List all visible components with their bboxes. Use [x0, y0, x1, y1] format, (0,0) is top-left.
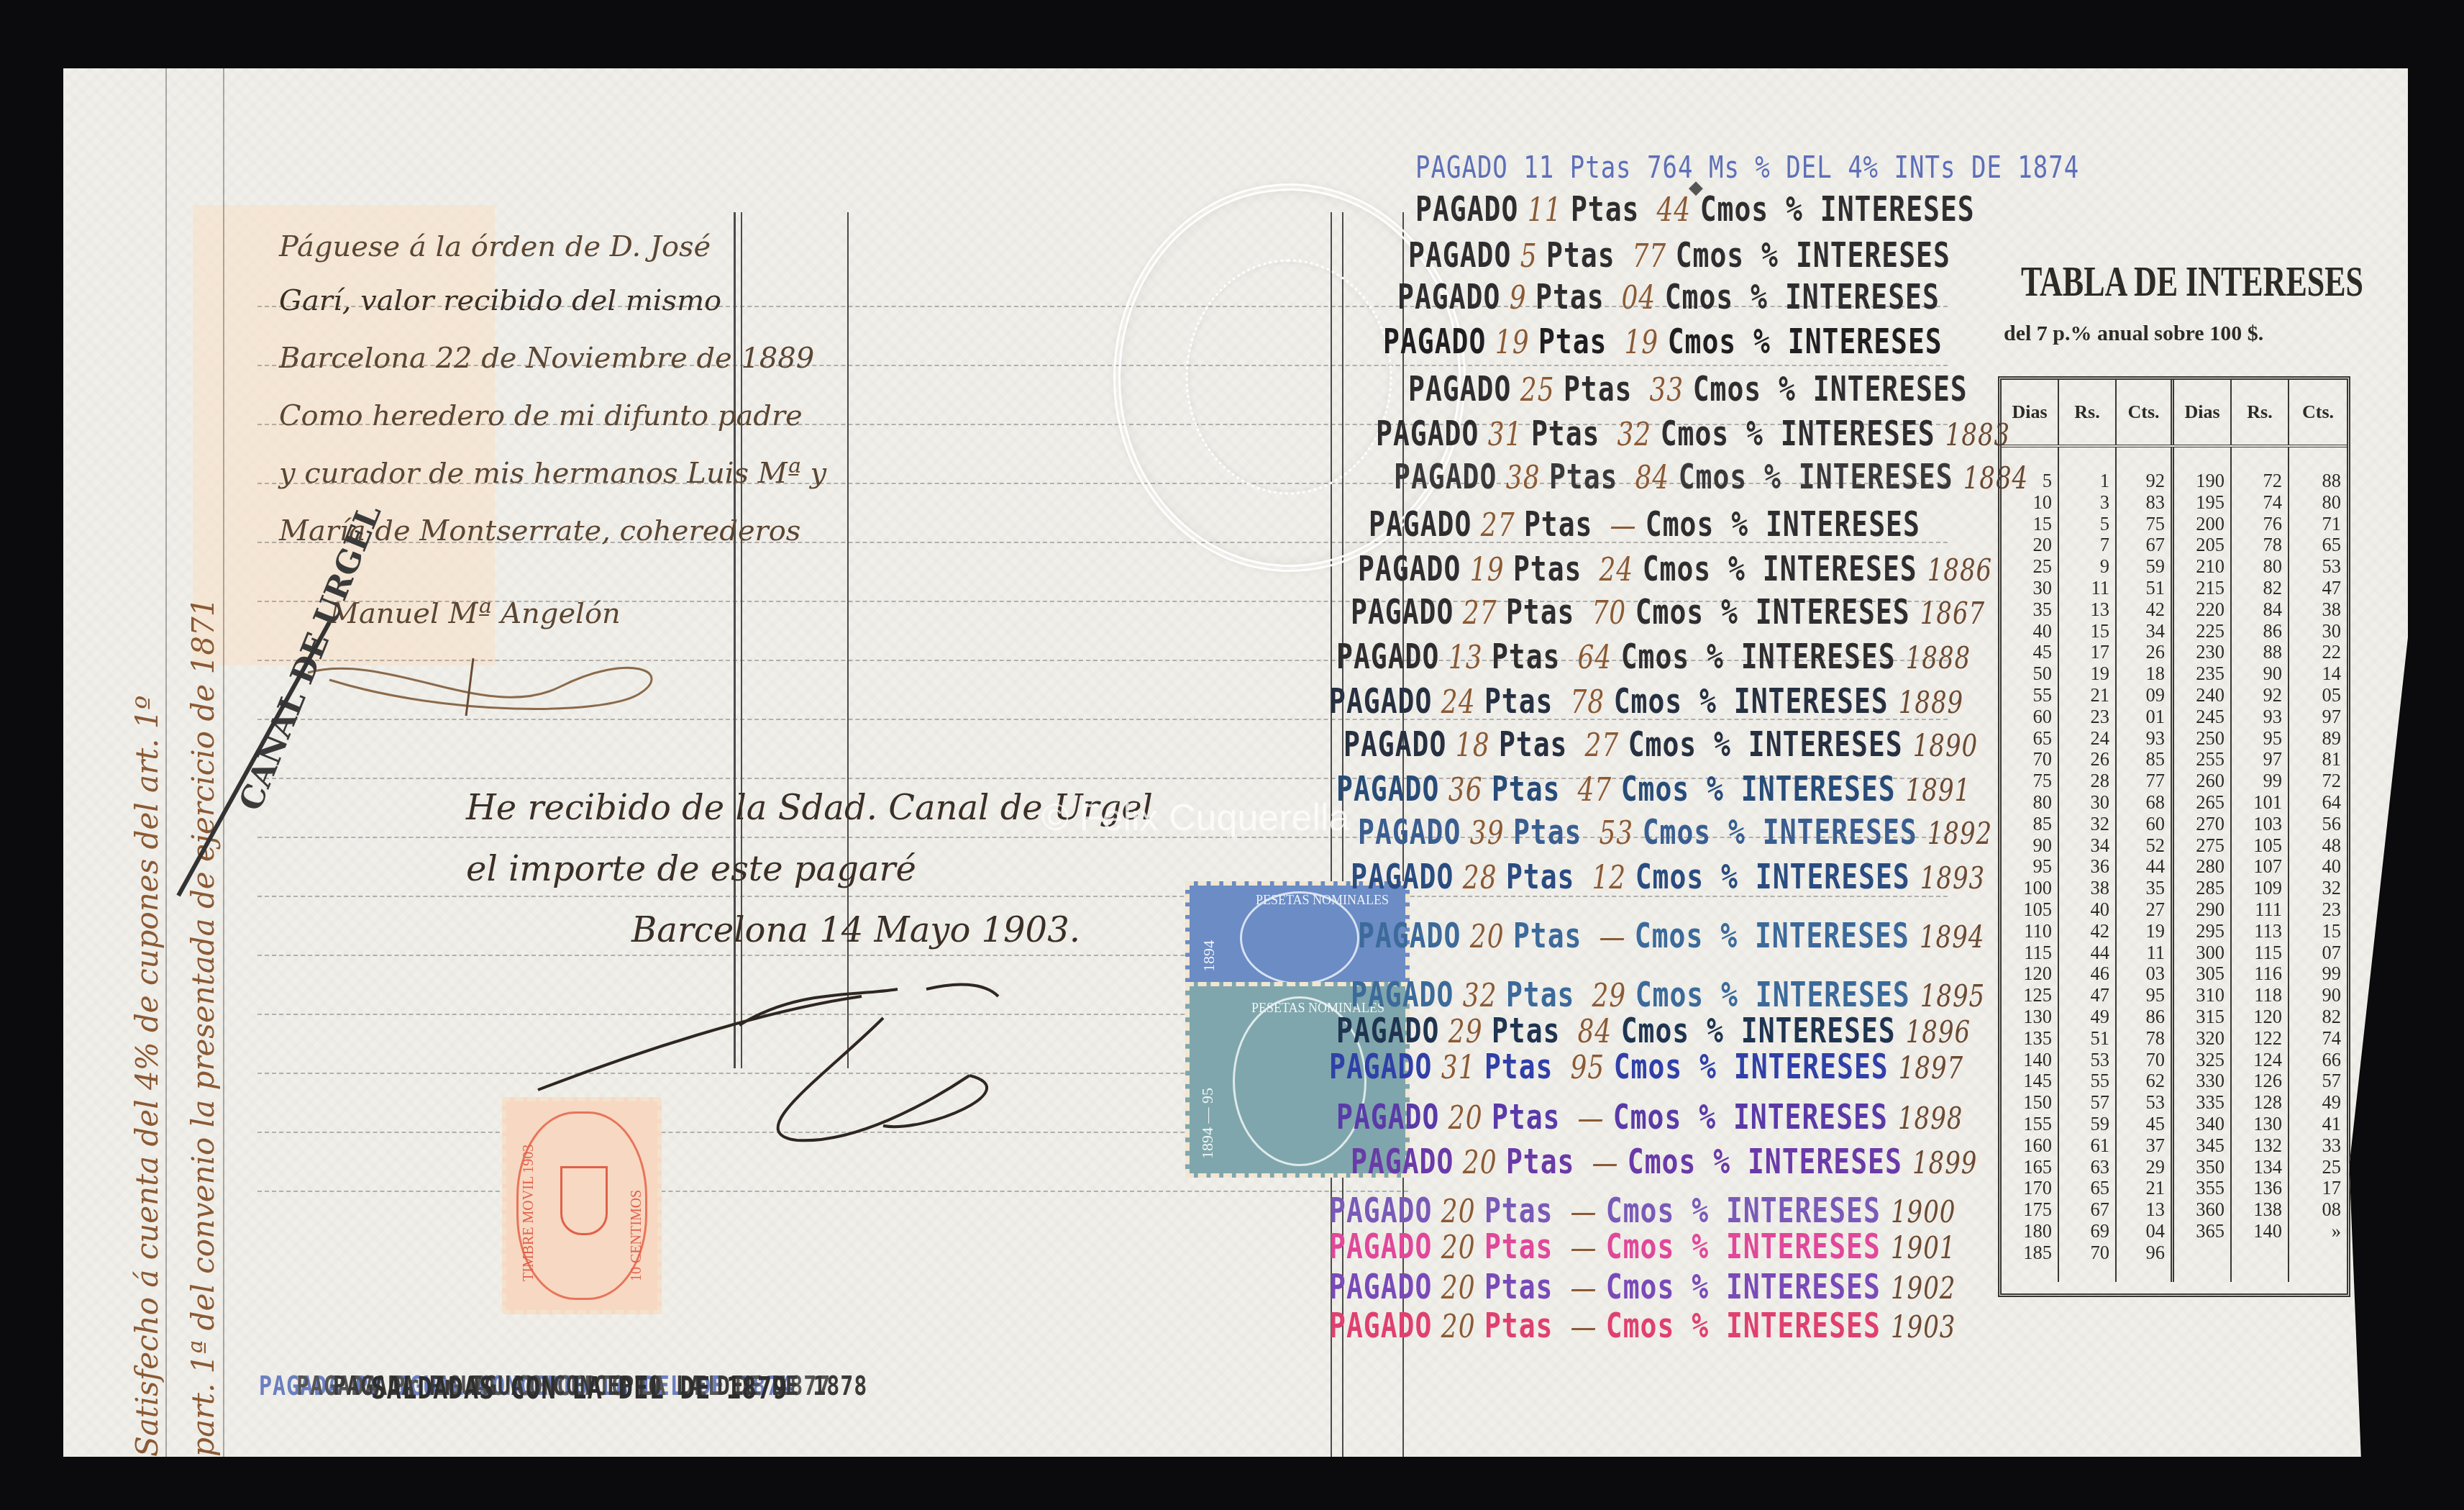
stamp-year: 1901: [1891, 1230, 1956, 1266]
header-dias: Dias: [2174, 380, 2232, 445]
stamp-centimos-amount: 04: [1621, 280, 1664, 317]
table-cell: 37: [2117, 1135, 2165, 1157]
payment-stamp-row: PAGADO 28 Ptas 12 Cmos % INTERESES1893: [1351, 857, 1985, 896]
table-cell: 27: [2117, 899, 2165, 921]
stamp-centimos-amount: 95: [1570, 1050, 1613, 1086]
stamp-ptas-label: Ptas: [1524, 504, 1610, 544]
table-cell: 195: [2174, 492, 2225, 514]
table-cell: 80: [2232, 556, 2282, 578]
table-cell: 84: [2232, 599, 2282, 621]
table-cell: 325: [2174, 1050, 2225, 1071]
table-cell: 82: [2289, 1006, 2341, 1028]
stamp-centimos-amount: 24: [1599, 552, 1642, 588]
stamp-pesetas-amount: 20: [1461, 919, 1513, 955]
stamp-intereses-label: Cmos % INTERESES: [1606, 1191, 1881, 1230]
table-cell: 62: [2117, 1070, 2165, 1092]
stamp-pagado-label: PAGADO: [1358, 812, 1461, 852]
table-cell: 270: [2174, 814, 2225, 835]
table-cell: 49: [2289, 1092, 2341, 1114]
table-cell: 285: [2174, 878, 2225, 899]
table-cell: 86: [2117, 1006, 2165, 1028]
table-cell: 103: [2232, 814, 2282, 835]
stamp-ptas-label: Ptas: [1506, 1142, 1592, 1181]
table-cell: 35: [2117, 878, 2165, 899]
table-cell: 26: [2059, 749, 2109, 770]
table-cell: 126: [2232, 1070, 2282, 1092]
table-cell: 125: [2002, 985, 2052, 1006]
table-cell: 35: [2002, 599, 2052, 621]
stamp-intereses-label: Cmos % INTERESES: [1606, 1227, 1881, 1266]
table-cell: 122: [2232, 1028, 2282, 1050]
interest-table-title: TABLA DE INTERESES: [2021, 257, 2363, 306]
stamp-ptas-label: Ptas: [1538, 322, 1624, 361]
table-cell: 5: [2002, 470, 2052, 492]
stamp-pesetas-amount: 38: [1497, 460, 1549, 496]
endorsement-line: Páguese á la órden de D. José: [279, 230, 711, 263]
stamp-year: 1899: [1912, 1145, 1978, 1181]
table-cell: 101: [2232, 792, 2282, 814]
stamp-centimos-amount: 84: [1577, 1014, 1620, 1050]
table-cell: 90: [2002, 835, 2052, 857]
table-cell: 60: [2117, 814, 2165, 835]
table-cell: 105: [2232, 835, 2282, 857]
table-cell: 275: [2174, 835, 2225, 857]
table-cell: 77: [2117, 770, 2165, 792]
stamp-ptas-label: Ptas: [1484, 1306, 1570, 1345]
stamp-year: 1894: [1920, 919, 1985, 955]
stamp-pesetas-amount: 36: [1439, 772, 1492, 809]
table-cell: 63: [2059, 1157, 2109, 1178]
table-cell: 165: [2002, 1157, 2052, 1178]
table-cell: 110: [2002, 921, 2052, 942]
timbre-value-text: 10 CENTIMOS: [629, 1190, 645, 1281]
stamp-centimos-amount: 29: [1592, 978, 1635, 1014]
stamp-pesetas-amount: 24: [1432, 684, 1484, 721]
stamp-intereses-label: Cmos % INTERESES: [1621, 637, 1896, 676]
stamp-centimos-amount: —: [1570, 1270, 1605, 1306]
receipt-date: Barcelona 14 Mayo 1903.: [631, 910, 1080, 950]
payment-stamp-row: PAGADO 20 Ptas — Cmos % INTERESES1903: [1329, 1306, 1956, 1345]
stamp-year: 1867: [1920, 596, 1986, 632]
stamp-centimos-amount: 53: [1599, 815, 1642, 852]
stamp-pesetas-amount: 39: [1461, 815, 1513, 852]
payment-stamp-row: PAGADO 19 Ptas 24 Cmos % INTERESES1886: [1358, 549, 1992, 588]
table-cell: 47: [2289, 578, 2341, 599]
table-cell: 1: [2059, 470, 2109, 492]
header-rs: Rs.: [2059, 380, 2117, 445]
column-left-cts: 9283756759514234261809019385776860524435…: [2117, 447, 2174, 1282]
stamp-centimos-amount: —: [1592, 1145, 1627, 1181]
stamp-ptas-label: Ptas: [1571, 189, 1656, 229]
signature-flourish: [301, 644, 675, 723]
stamp-pagado-label: PAGADO: [1343, 724, 1446, 764]
stamp-pesetas-amount: 19: [1461, 552, 1513, 588]
interest-table-body: 5101520253035404550556065707580859095100…: [2002, 447, 2347, 1282]
stamp-pesetas-amount: 20: [1439, 1100, 1492, 1137]
payment-stamp-row: PAGADO 27 Ptas — Cmos % INTERESES: [1369, 504, 1920, 544]
column-right-dias: 1901952002052102152202252302352402452502…: [2174, 447, 2232, 1282]
cancel-stroke: [171, 615, 344, 903]
payment-stamp-row: PAGADO 32 Ptas 29 Cmos % INTERESES1895: [1351, 975, 1985, 1014]
table-cell: 57: [2289, 1070, 2341, 1092]
payment-stamp-row: PAGADO 24 Ptas 78 Cmos % INTERESES1889: [1329, 681, 1963, 721]
table-cell: 330: [2174, 1070, 2225, 1092]
table-cell: 350: [2174, 1157, 2225, 1178]
table-cell: 170: [2002, 1178, 2052, 1199]
stamp-centimos-amount: 78: [1570, 684, 1613, 721]
stamp-pagado-label: PAGADO: [1358, 549, 1461, 588]
payment-stamp-row: PAGADO 5 Ptas 77 Cmos % INTERESES: [1408, 235, 1950, 275]
stamp-pesetas-amount: 20: [1454, 1145, 1506, 1181]
table-cell: 13: [2117, 1199, 2165, 1221]
table-cell: 93: [2232, 706, 2282, 728]
stamp-intereses-label: Cmos % INTERESES: [1679, 457, 1953, 496]
table-cell: 28: [2059, 770, 2109, 792]
table-cell: 67: [2117, 535, 2165, 556]
table-cell: 56: [2289, 814, 2341, 835]
stamp-centimos-amount: 70: [1592, 595, 1635, 632]
table-cell: 81: [2289, 749, 2341, 770]
table-cell: 15: [2289, 921, 2341, 942]
stamp-intereses-label: Cmos % INTERESES: [1693, 369, 1968, 409]
stamp-pagado-label: PAGADO: [1408, 235, 1511, 275]
table-cell: 128: [2232, 1092, 2282, 1114]
stamp-centimos-amount: —: [1599, 919, 1634, 955]
table-cell: 118: [2232, 985, 2282, 1006]
stamp-year: 1889: [1899, 685, 1964, 721]
payment-stamp-row: PAGADO 20 Ptas — Cmos % INTERESES1898: [1336, 1097, 1963, 1137]
table-cell: 20: [2002, 535, 2052, 556]
table-cell: 69: [2059, 1221, 2109, 1242]
table-cell: 40: [2002, 621, 2052, 642]
table-cell: 215: [2174, 578, 2225, 599]
table-cell: 75: [2117, 514, 2165, 535]
stamp-centimos-amount: 19: [1624, 324, 1667, 361]
stamp-year: 1896: [1906, 1014, 1971, 1050]
table-cell: 26: [2117, 642, 2165, 663]
stamp-pesetas-amount: 31: [1432, 1050, 1484, 1086]
copyright-watermark: © Félix Cuquerella: [1041, 796, 1350, 840]
payment-stamp-row: PAGADO 19 Ptas 19 Cmos % INTERESES: [1383, 322, 1943, 361]
table-cell: 95: [2002, 856, 2052, 878]
stamp-pesetas-amount: 31: [1479, 417, 1531, 453]
stamp-ptas-label: Ptas: [1564, 369, 1649, 409]
payment-stamp-row: PAGADO 20 Ptas — Cmos % INTERESES1901: [1329, 1227, 1956, 1266]
table-cell: 42: [2117, 599, 2165, 621]
table-cell: 78: [2117, 1028, 2165, 1050]
stamp-pagado-label: PAGADO: [1415, 189, 1518, 229]
table-cell: 15: [2002, 514, 2052, 535]
table-cell: 15: [2059, 621, 2109, 642]
stamp-centimos-amount: 33: [1649, 372, 1692, 409]
table-cell: 72: [2289, 770, 2341, 792]
column-right-cts: 8880716553473830221405978981726456484032…: [2289, 447, 2347, 1282]
stamp-ptas-label: Ptas: [1492, 1011, 1577, 1050]
table-cell: 59: [2059, 1114, 2109, 1135]
payment-stamp-row: PAGADO 20 Ptas — Cmos % INTERESES1894: [1358, 916, 1984, 955]
stamp-ptas-label: Ptas: [1536, 277, 1621, 317]
table-cell: 74: [2232, 492, 2282, 514]
stamp-year: 1886: [1927, 552, 1993, 588]
payment-stamp-row: PAGADO 18 Ptas 27 Cmos % INTERESES1890: [1343, 724, 1978, 764]
endorsement-line: Como heredero de mi difunto padre: [279, 399, 803, 432]
payment-stamp-row: PAGADO 20 Ptas — Cmos % INTERESES1900: [1329, 1191, 1956, 1230]
stamp-ptas-label: Ptas: [1513, 549, 1599, 588]
header-dias: Dias: [2002, 380, 2059, 445]
stamp-intereses-label: Cmos % INTERESES: [1676, 235, 1950, 275]
payment-stamp-row: PAGADO 25 Ptas 33 Cmos % INTERESES: [1408, 369, 1968, 409]
table-cell: 92: [2117, 470, 2165, 492]
stamp-year: 1892: [1927, 816, 1993, 852]
table-cell: 48: [2289, 835, 2341, 857]
stamp-pagado-label: PAGADO: [1397, 277, 1500, 317]
table-cell: 60: [2002, 706, 2052, 728]
table-cell: 200: [2174, 514, 2225, 535]
table-cell: 76: [2232, 514, 2282, 535]
stamp-intereses-label: Cmos % INTERESES: [1635, 592, 1910, 632]
stamp-pagado-label: PAGADO: [1408, 369, 1511, 409]
table-cell: 09: [2117, 685, 2165, 706]
column-right-rs: 7274767880828486889092939597991011031051…: [2232, 447, 2289, 1282]
table-cell: 145: [2002, 1070, 2052, 1092]
stamp-pesetas-amount: 25: [1511, 372, 1564, 409]
table-cell: 34: [2059, 835, 2109, 857]
table-cell: 335: [2174, 1092, 2225, 1114]
stamp-year: 1895: [1920, 978, 1986, 1014]
table-cell: 08: [2289, 1199, 2341, 1221]
stamp-centimos-amount: 32: [1617, 417, 1660, 453]
table-cell: 86: [2232, 621, 2282, 642]
table-cell: 160: [2002, 1135, 2052, 1157]
table-cell: 99: [2289, 963, 2341, 985]
table-cell: 59: [2117, 556, 2165, 578]
stamp-pagado-label: PAGADO: [1336, 1011, 1439, 1050]
table-cell: 230: [2174, 642, 2225, 663]
table-cell: 67: [2059, 1199, 2109, 1221]
payment-stamp-row: PAGADO 31 Ptas 95 Cmos % INTERESES1897: [1329, 1047, 1963, 1086]
payment-stamp-row: PAGADO 11 Ptas 44 Cmos % INTERESES: [1415, 189, 1975, 229]
margin-note-line: Satisfecho á cuenta del 4% de cupones de…: [129, 696, 165, 1457]
table-cell: 150: [2002, 1092, 2052, 1114]
table-cell: 55: [2002, 685, 2052, 706]
table-cell: 88: [2232, 642, 2282, 663]
table-cell: 51: [2117, 578, 2165, 599]
table-cell: 29: [2117, 1157, 2165, 1178]
stamp-pagado-label: PAGADO: [1351, 1142, 1454, 1181]
table-cell: 305: [2174, 963, 2225, 985]
table-cell: 88: [2289, 470, 2341, 492]
table-cell: 52: [2117, 835, 2165, 857]
table-cell: 310: [2174, 985, 2225, 1006]
stamp-ptas-label: Ptas: [1546, 235, 1632, 275]
table-cell: 23: [2289, 899, 2341, 921]
table-cell: 90: [2232, 663, 2282, 685]
payment-stamp-row: PAGADO 20 Ptas — Cmos % INTERESES1902: [1329, 1267, 1956, 1306]
stamp-pesetas-amount: 27: [1471, 507, 1524, 544]
table-cell: 33: [2289, 1135, 2341, 1157]
table-cell: 50: [2002, 663, 2052, 685]
table-cell: 115: [2002, 942, 2052, 964]
stamp-pesetas-amount: 29: [1439, 1014, 1492, 1050]
table-cell: 100: [2002, 878, 2052, 899]
endorsement-line: Barcelona 22 de Noviembre de 1889: [279, 342, 814, 375]
table-cell: 140: [2232, 1221, 2282, 1242]
interest-table-header: Dias Rs. Cts. Dias Rs. Cts.: [2002, 380, 2347, 447]
table-cell: 18: [2117, 663, 2165, 685]
stamp-intereses-label: Cmos % INTERESES: [1628, 1142, 1902, 1181]
stamp-pesetas-amount: 32: [1454, 978, 1506, 1014]
table-cell: 70: [2002, 749, 2052, 770]
table-cell: 205: [2174, 535, 2225, 556]
endorser-signature: Manuel Mª Angelón: [329, 597, 621, 630]
stamp-pesetas-amount: 5: [1511, 238, 1546, 275]
table-cell: 245: [2174, 706, 2225, 728]
stamp-pagado-label: PAGADO: [1351, 857, 1454, 896]
table-cell: 320: [2174, 1028, 2225, 1050]
table-cell: 17: [2059, 642, 2109, 663]
stamp-pesetas-amount: 20: [1432, 1193, 1484, 1230]
table-cell: 65: [2002, 728, 2052, 750]
margin-rule: [165, 68, 167, 1457]
table-cell: 70: [2117, 1050, 2165, 1071]
interest-table-subtitle: del 7 p.% anual sobre 100 $.: [2004, 322, 2263, 346]
stamp-pagado-label: PAGADO: [1336, 637, 1439, 676]
table-cell: 95: [2117, 985, 2165, 1006]
stamp-centimos-amount: 12: [1592, 860, 1635, 896]
table-cell: 116: [2232, 963, 2282, 985]
table-cell: 265: [2174, 792, 2225, 814]
nominales-years: 1894: [1200, 940, 1218, 972]
table-cell: 175: [2002, 1199, 2052, 1221]
stamp-centimos-amount: —: [1610, 507, 1645, 544]
stamp-ptas-label: Ptas: [1513, 916, 1599, 955]
stamp-intereses-label: Cmos % INTERESES: [1621, 1011, 1896, 1050]
stamp-pagado-label: PAGADO: [1351, 975, 1454, 1014]
table-cell: »: [2289, 1221, 2341, 1242]
table-cell: 82: [2232, 578, 2282, 599]
table-cell: 46: [2059, 963, 2109, 985]
stamp-year: 1893: [1920, 860, 1986, 896]
table-cell: 23: [2059, 706, 2109, 728]
table-cell: 109: [2232, 878, 2282, 899]
header-rs: Rs.: [2232, 380, 2289, 445]
table-cell: 85: [2002, 814, 2052, 835]
table-cell: 255: [2174, 749, 2225, 770]
table-cell: 220: [2174, 599, 2225, 621]
table-cell: 130: [2232, 1114, 2282, 1135]
table-cell: 55: [2059, 1070, 2109, 1092]
stamp-centimos-amount: —: [1570, 1309, 1605, 1345]
stamp-pesetas-amount: 9: [1500, 280, 1536, 317]
stamp-pesetas-amount: 18: [1446, 727, 1499, 764]
table-cell: 38: [2289, 599, 2341, 621]
table-cell: 38: [2059, 878, 2109, 899]
stamp-year: 1897: [1899, 1050, 1964, 1086]
stamp-ptas-label: Ptas: [1506, 592, 1592, 632]
table-cell: 9: [2059, 556, 2109, 578]
table-cell: 83: [2117, 492, 2165, 514]
table-cell: 96: [2117, 1242, 2165, 1264]
stamp-pagado-label: PAGADO: [1329, 1191, 1432, 1230]
table-cell: 78: [2232, 535, 2282, 556]
table-cell: 75: [2002, 770, 2052, 792]
table-cell: 40: [2289, 856, 2341, 878]
table-cell: 300: [2174, 942, 2225, 964]
table-cell: 21: [2059, 685, 2109, 706]
table-cell: 97: [2289, 706, 2341, 728]
table-cell: 290: [2174, 899, 2225, 921]
table-cell: 45: [2002, 642, 2052, 663]
table-cell: 360: [2174, 1199, 2225, 1221]
stamp-ptas-label: Ptas: [1506, 975, 1592, 1014]
stamp-year: 1891: [1906, 773, 1971, 809]
table-cell: 11: [2117, 942, 2165, 964]
stamp-centimos-amount: —: [1570, 1229, 1605, 1266]
table-cell: 135: [2002, 1028, 2052, 1050]
table-cell: 5: [2059, 514, 2109, 535]
table-cell: 240: [2174, 685, 2225, 706]
table-cell: 19: [2117, 921, 2165, 942]
stamp-ptas-label: Ptas: [1499, 724, 1584, 764]
stamp-centimos-amount: 27: [1584, 727, 1628, 764]
payment-stamp-row: PAGADO 38 Ptas 84 Cmos % INTERESES1884: [1394, 457, 2028, 496]
stamp-year: 1888: [1906, 640, 1971, 676]
table-cell: 89: [2289, 728, 2341, 750]
table-cell: 97: [2232, 749, 2282, 770]
stamp-pagado-label: PAGADO: [1394, 457, 1497, 496]
table-cell: 134: [2232, 1157, 2282, 1178]
timbre-movil-stamp: TIMBRE MOVIL 1903 10 CENTIMOS: [502, 1097, 662, 1314]
stamp-pesetas-amount: 13: [1439, 640, 1492, 676]
stamp-intereses-label: Cmos % INTERESES: [1606, 1306, 1881, 1345]
table-cell: 107: [2232, 856, 2282, 878]
table-cell: 34: [2117, 621, 2165, 642]
stamp-ptas-label: Ptas: [1513, 812, 1599, 852]
stamp-pagado-label: PAGADO: [1358, 916, 1461, 955]
table-cell: 340: [2174, 1114, 2225, 1135]
stamp-intereses-label: Cmos % INTERESES: [1606, 1267, 1881, 1306]
table-cell: 44: [2117, 856, 2165, 878]
stamp-pagado-label: PAGADO: [1329, 1227, 1432, 1266]
table-cell: 30: [2289, 621, 2341, 642]
stamp-intereses-label: Cmos % INTERESES: [1665, 277, 1940, 317]
table-cell: 105: [2002, 899, 2052, 921]
table-cell: 130: [2002, 1006, 2052, 1028]
table-cell: 111: [2232, 899, 2282, 921]
table-cell: 190: [2174, 470, 2225, 492]
table-cell: 7: [2059, 535, 2109, 556]
stamp-intereses-label: Cmos % INTERESES: [1621, 769, 1896, 809]
stamp-pesetas-amount: 28: [1454, 860, 1506, 896]
interest-table: Dias Rs. Cts. Dias Rs. Cts. 510152025303…: [1998, 376, 2350, 1297]
table-cell: 99: [2232, 770, 2282, 792]
table-cell: 10: [2002, 492, 2052, 514]
table-cell: 132: [2232, 1135, 2282, 1157]
stamp-centimos-amount: 47: [1577, 772, 1620, 809]
stamp-intereses-label: Cmos % INTERESES: [1700, 189, 1975, 229]
stamp-intereses-label: Cmos % INTERESES: [1614, 1047, 1889, 1086]
column-left-rs: 1357911131517192123242628303234363840424…: [2059, 447, 2117, 1282]
table-cell: 44: [2059, 942, 2109, 964]
table-cell: 345: [2174, 1135, 2225, 1157]
stamp-centimos-amount: —: [1577, 1100, 1612, 1137]
table-cell: 22: [2289, 642, 2341, 663]
table-cell: 24: [2059, 728, 2109, 750]
stamp-intereses-label: Cmos % INTERESES: [1646, 504, 1920, 544]
stamp-intereses-label: Cmos % INTERESES: [1643, 549, 1917, 588]
table-cell: 66: [2289, 1050, 2341, 1071]
stamp-intereses-label: Cmos % INTERESES: [1661, 414, 1935, 453]
